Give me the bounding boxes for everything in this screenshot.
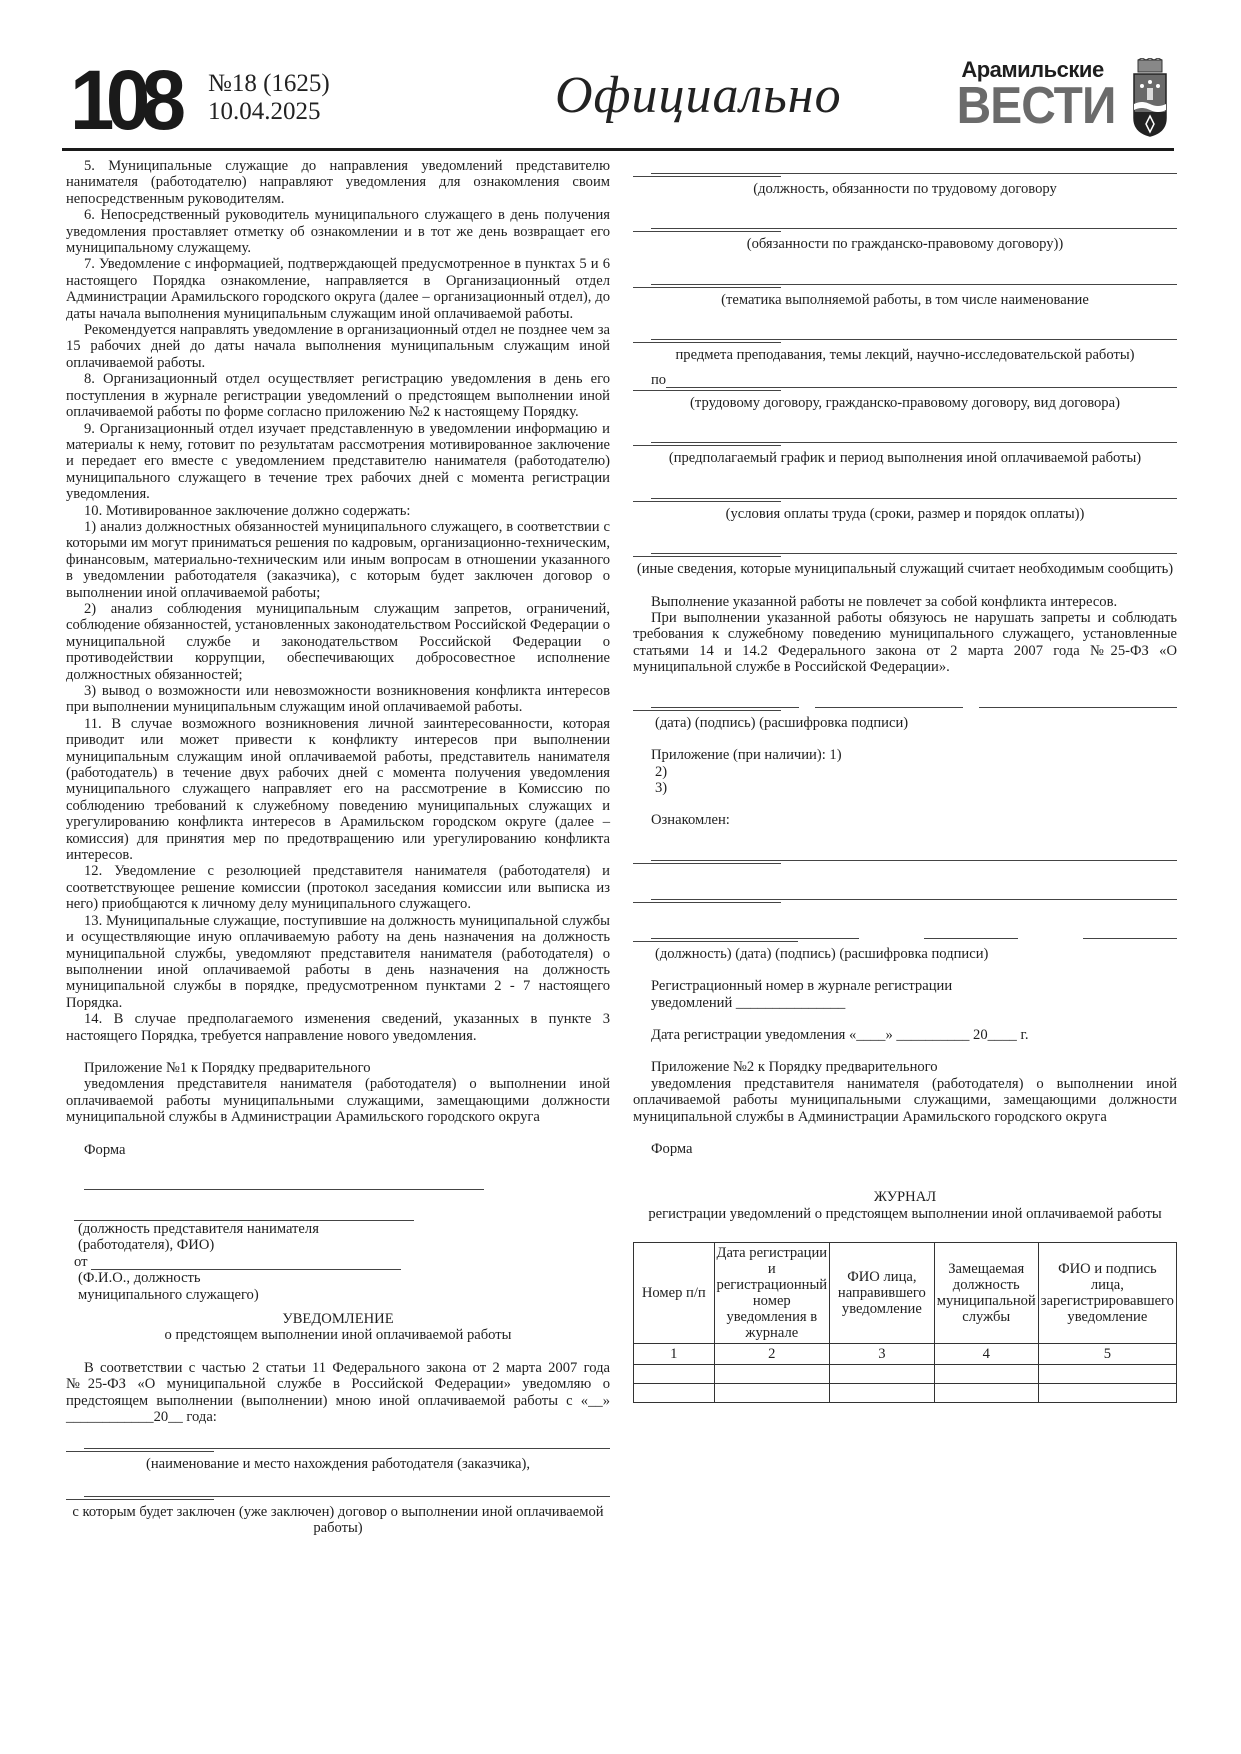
position-blank[interactable]: [651, 158, 1177, 174]
paragraph: 10. Мотивированное заключение должно сод…: [66, 503, 610, 519]
appendix1-text: уведомления представителя нанимателя (ра…: [66, 1076, 610, 1125]
table-row: [634, 1365, 1177, 1384]
signature-line: [651, 692, 1177, 708]
journal-header-row: Номер п/п Дата регистрации и регистрацио…: [634, 1243, 1177, 1344]
page-number: 108: [70, 58, 177, 142]
paragraph: 3) вывод о возможности или невозможности…: [66, 683, 610, 716]
blank-cont: [633, 499, 781, 502]
paragraph: 6. Непосредственный руководитель муницип…: [66, 207, 610, 256]
blank-cont: [633, 388, 781, 391]
brand-main: ВЕСТИ: [957, 82, 1109, 130]
left-column: 5. Муниципальные служащие до направления…: [66, 158, 610, 1537]
form-label: Форма: [633, 1141, 1177, 1157]
appendix2-text: уведомления представителя нанимателя (ра…: [633, 1076, 1177, 1125]
section-title: Официально: [555, 66, 842, 125]
other-info-blank[interactable]: [651, 538, 1177, 554]
table-cell[interactable]: [830, 1365, 935, 1384]
notice-title: УВЕДОМЛЕНИЕ: [66, 1311, 610, 1327]
blank-cont: [633, 861, 781, 864]
col-header-number: Номер п/п: [634, 1243, 715, 1344]
addressee-blank-1[interactable]: [84, 1174, 484, 1190]
reg-number-label: Регистрационный номер в журнале регистра…: [633, 978, 1177, 994]
sender-line: от: [74, 1254, 610, 1270]
obligation-statement: При выполнении указанной работы обязуюсь…: [633, 610, 1177, 676]
masthead: 108 №18 (1625) 10.04.2025 Официально Ара…: [0, 0, 1241, 150]
col-header-registrar: ФИО и подпись лица, зарегистрировавшего …: [1038, 1243, 1176, 1344]
col-number: 1: [634, 1344, 715, 1365]
form-label: Форма: [66, 1142, 610, 1158]
addressee-blank-2[interactable]: [74, 1206, 414, 1221]
col-number: 5: [1038, 1344, 1176, 1365]
subject-caption: предмета преподавания, темы лекций, науч…: [633, 347, 1177, 363]
right-column: (должность, обязанности по трудовому дог…: [633, 158, 1177, 1403]
date-blank[interactable]: [651, 692, 799, 708]
newspaper-logo: Арамильские ВЕСТИ: [950, 58, 1115, 130]
position-caption: (должность, обязанности по трудовому дог…: [633, 181, 1177, 197]
notice-body: В соответствии с частью 2 статьи 11 Феде…: [66, 1360, 610, 1426]
addressee-caption: (должность представителя нанимателя (раб…: [78, 1221, 610, 1254]
schedule-caption: (предполагаемый график и период выполнен…: [633, 450, 1177, 466]
reg-date-field[interactable]: Дата регистрации уведомления «____» ____…: [633, 1027, 1177, 1043]
col-header-sender: ФИО лица, направившего уведомление: [830, 1243, 935, 1344]
attachment-2: 2): [655, 764, 1177, 780]
topic-caption: (тематика выполняемой работы, в том числ…: [633, 292, 1177, 308]
issue-date: 10.04.2025: [208, 98, 330, 126]
schedule-blank[interactable]: [651, 427, 1177, 443]
table-cell[interactable]: [830, 1384, 935, 1403]
contract-type-line: по: [651, 372, 1177, 388]
signature-blank[interactable]: [815, 692, 963, 708]
appendix2-title: Приложение №2 к Порядку предварительного: [633, 1059, 1177, 1075]
ack-signature-line: [651, 923, 1177, 939]
ack-blank-2[interactable]: [651, 884, 1177, 900]
payment-blank[interactable]: [651, 483, 1177, 499]
ack-signature-caption: (должность) (дата) (подпись) (расшифровк…: [655, 946, 1177, 962]
ack-signature-blank[interactable]: [1083, 923, 1177, 939]
table-cell[interactable]: [634, 1365, 715, 1384]
blank-cont: [633, 939, 798, 942]
table-row: [634, 1384, 1177, 1403]
issue-number: №18 (1625): [208, 70, 330, 98]
ack-position-blank[interactable]: [651, 923, 859, 939]
po-label: по: [651, 372, 666, 388]
contract-blank-cont: [66, 1497, 214, 1500]
sender-caption: (Ф.И.О., должность муниципального служащ…: [78, 1270, 610, 1303]
paragraph: Рекомендуется направлять уведомление в о…: [66, 322, 610, 371]
blank-cont: [633, 285, 781, 288]
blank-cont: [633, 340, 781, 343]
paragraph: 14. В случае предполагаемого изменения с…: [66, 1011, 610, 1044]
journal-table: Номер п/п Дата регистрации и регистрацио…: [633, 1242, 1177, 1403]
coat-of-arms-icon: [1130, 58, 1170, 138]
issue-info: №18 (1625) 10.04.2025: [208, 70, 330, 126]
attachment-3: 3): [655, 780, 1177, 796]
other-info-caption: (иные сведения, которые муниципальный сл…: [633, 561, 1177, 577]
subject-blank[interactable]: [651, 324, 1177, 340]
blank-cont: [633, 708, 781, 711]
acknowledged-label: Ознакомлен:: [633, 812, 1177, 828]
civil-duties-blank[interactable]: [651, 213, 1177, 229]
table-cell[interactable]: [1038, 1365, 1176, 1384]
table-cell[interactable]: [634, 1384, 715, 1403]
blank-cont: [633, 229, 781, 232]
table-cell[interactable]: [934, 1384, 1038, 1403]
paragraph: 5. Муниципальные служащие до направления…: [66, 158, 610, 207]
contract-caption: с которым будет заключен (уже заключен) …: [66, 1504, 610, 1537]
paragraph: 12. Уведомление с резолюцией представите…: [66, 863, 610, 912]
paragraph: 7. Уведомление с информацией, подтвержда…: [66, 256, 610, 322]
table-cell[interactable]: [714, 1384, 830, 1403]
table-cell[interactable]: [1038, 1384, 1176, 1403]
journal-subtitle: регистрации уведомлений о предстоящем вы…: [633, 1206, 1177, 1222]
paragraph: 13. Муниципальные служащие, поступившие …: [66, 913, 610, 1011]
employer-blank[interactable]: [84, 1433, 610, 1449]
ack-blank-1[interactable]: [651, 845, 1177, 861]
header-rule: [62, 148, 1174, 151]
civil-duties-caption: (обязанности по гражданско-правовому дог…: [633, 236, 1177, 252]
contract-type-blank[interactable]: [666, 372, 1177, 388]
contract-blank[interactable]: [84, 1481, 610, 1497]
signature-caption: (дата) (подпись) (расшифровка подписи): [655, 715, 1177, 731]
blank-cont: [633, 554, 781, 557]
paragraph: 2) анализ соблюдения муниципальным служа…: [66, 601, 610, 683]
col-number: 2: [714, 1344, 830, 1365]
payment-caption: (условия оплаты труда (сроки, размер и п…: [633, 506, 1177, 522]
blank-cont: [633, 900, 781, 903]
notice-subtitle: о предстоящем выполнении иной оплачиваем…: [66, 1327, 610, 1343]
blank-cont: [633, 443, 781, 446]
paragraph: 1) анализ должностных обязанностей муниц…: [66, 519, 610, 601]
col-header-position: Замещаемая должность муниципальной служб…: [934, 1243, 1038, 1344]
paragraph: 9. Организационный отдел изучает предста…: [66, 421, 610, 503]
col-header-reg-date: Дата регистрации и регистрационный номер…: [714, 1243, 830, 1344]
signature-decoding-blank[interactable]: [979, 692, 1177, 708]
col-number: 3: [830, 1344, 935, 1365]
paragraph: 8. Организационный отдел осуществляет ре…: [66, 371, 610, 420]
employer-caption: (наименование и место нахождения работод…: [66, 1456, 610, 1472]
topic-blank[interactable]: [651, 269, 1177, 285]
sender-blank[interactable]: [91, 1254, 401, 1270]
column-number-row: 1 2 3 4 5: [634, 1344, 1177, 1365]
blank-cont: [633, 174, 781, 177]
appendix1-title: Приложение №1 к Порядку предварительного: [66, 1060, 610, 1076]
no-conflict-statement: Выполнение указанной работы не повлечет …: [633, 594, 1177, 610]
paragraph: 11. В случае возможного возникновения ли…: [66, 716, 610, 864]
from-label: от: [74, 1254, 87, 1270]
table-cell[interactable]: [714, 1365, 830, 1384]
ack-date-blank[interactable]: [924, 923, 1018, 939]
journal-title: ЖУРНАЛ: [633, 1189, 1177, 1205]
attachments-label: Приложение (при наличии): 1): [633, 747, 1177, 763]
table-cell[interactable]: [934, 1365, 1038, 1384]
employer-blank-cont: [66, 1449, 214, 1452]
contract-type-caption: (трудовому договору, гражданско-правовом…: [633, 395, 1177, 411]
reg-number-field[interactable]: уведомлений _______________: [633, 995, 1177, 1011]
col-number: 4: [934, 1344, 1038, 1365]
